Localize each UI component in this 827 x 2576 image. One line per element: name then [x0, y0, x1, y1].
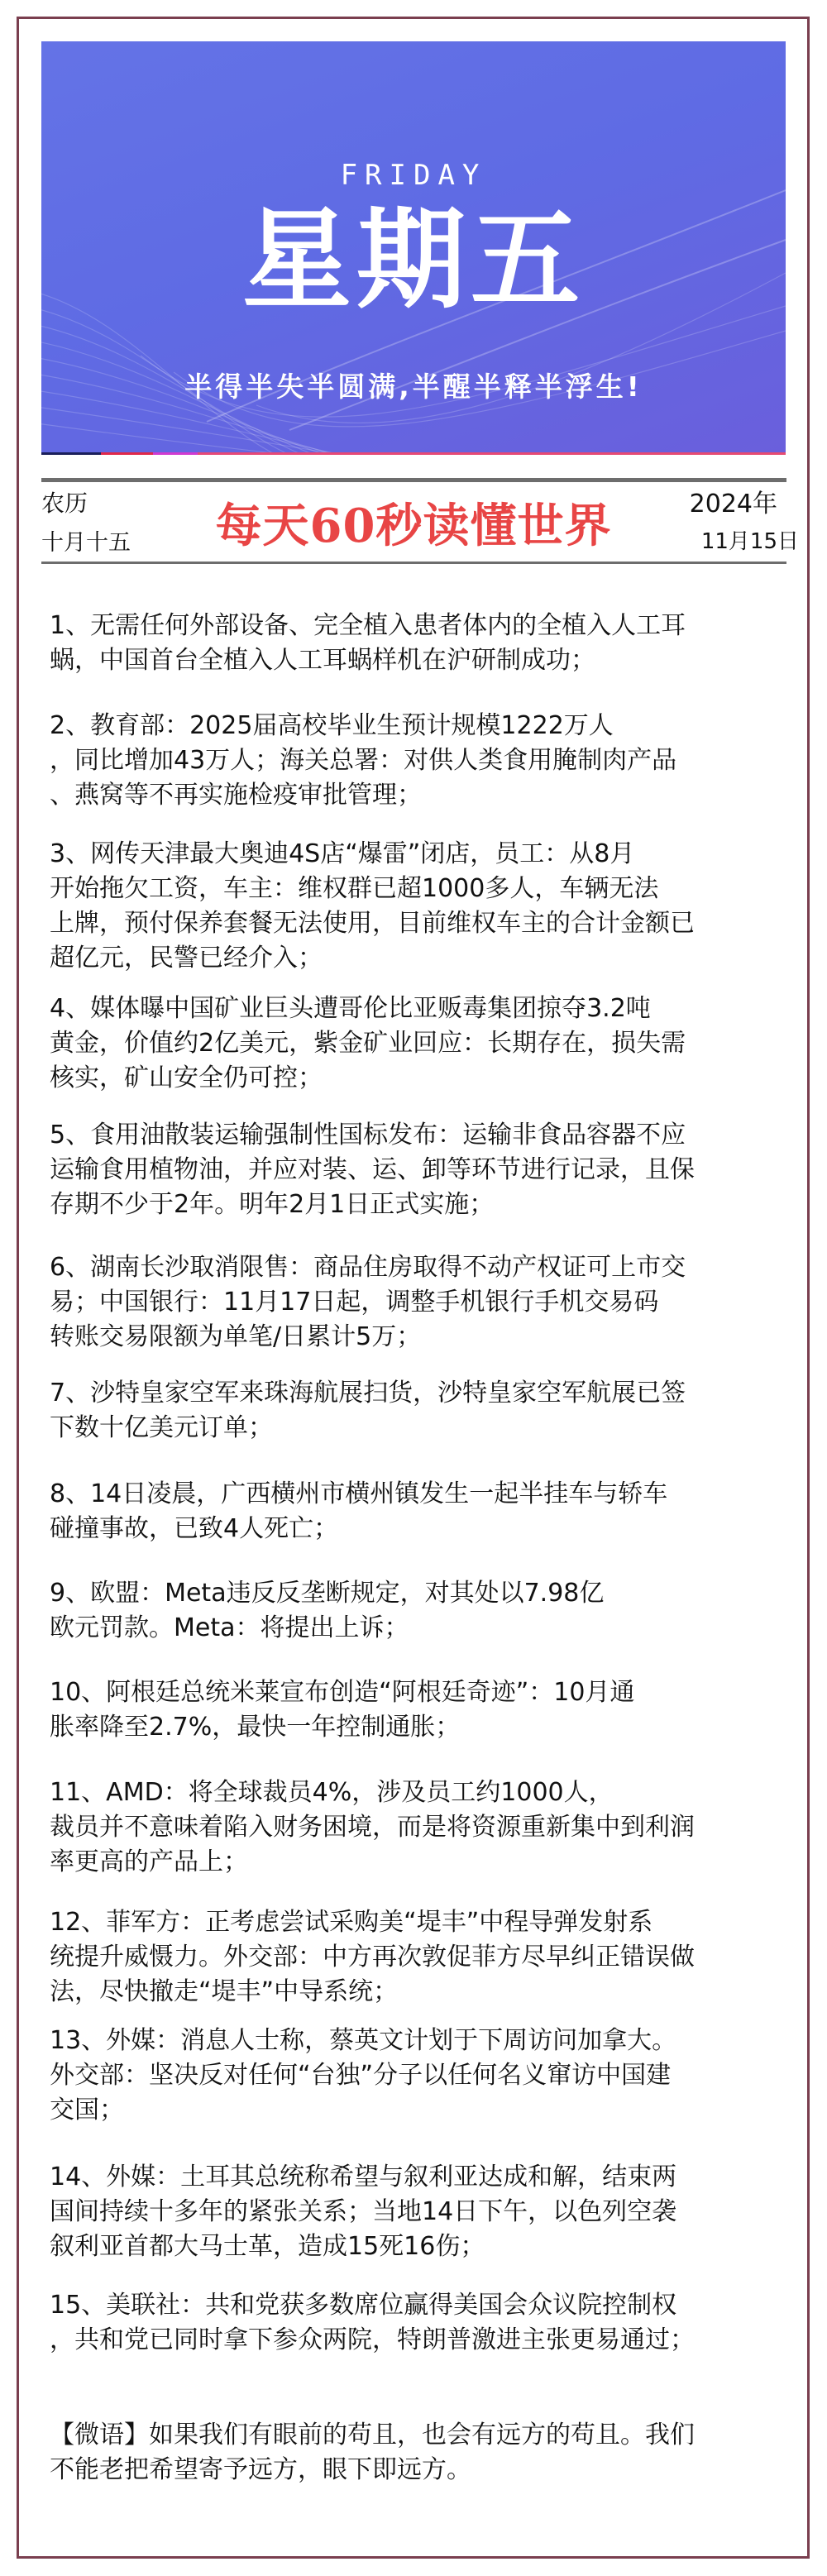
news-item-7: 7、沙特皇家空军来珠海航展扫货，沙特皇家空军航展已签 下数十亿美元订单；: [50, 1376, 787, 1446]
daily-quote: 【微语】如果我们有眼前的苟且，也会有远方的苟且。我们 不能老把希望寄予远方，眼下…: [50, 2418, 787, 2488]
weekday-english: FRIDAY: [41, 159, 786, 192]
news-item-3: 3、网传天津最大奥迪4S店“爆雷”闭店，员工：从8月 开始拖欠工资，车主：维权群…: [50, 837, 787, 976]
masthead-top-rule: [41, 478, 786, 482]
news-item-8: 8、14日凌晨，广西横州市横州镇发生一起半挂车与轿车 碰撞事故，已致4人死亡；: [50, 1477, 787, 1546]
news-item-1: 1、无需任何外部设备、完全植入患者体内的全植入人工耳 蜗，中国首台全植入人工耳蜗…: [50, 609, 787, 678]
news-item-5: 5、食用油散装运输强制性国标发布：运输非食品容器不应 运输食用植物油，并应对装、…: [50, 1118, 787, 1222]
news-item-2: 2、教育部：2025届高校毕业生预计规模1222万人 ，同比增加43万人；海关总…: [50, 709, 787, 813]
banner-color-stripe: [41, 452, 786, 455]
lunar-calendar-label: 农历: [41, 485, 88, 519]
masthead-bottom-rule: [41, 562, 786, 564]
news-item-9: 9、欧盟：Meta违反反垄断规定，对其处以7.98亿 欧元罚款。Meta：将提出…: [50, 1576, 787, 1646]
lunar-date: 十月十五: [41, 524, 131, 557]
news-item-6: 6、湖南长沙取消限售：商品住房取得不动产权证可上市交 易；中国银行：11月17日…: [50, 1250, 787, 1355]
news-item-11: 11、AMD：将全球裁员4%，涉及员工约1000人， 裁员并不意味着陷入财务困境…: [50, 1775, 787, 1880]
news-item-15: 15、美联社：共和党获多数席位赢得美国会众议院控制权 ，共和党已同时拿下参众两院…: [50, 2288, 787, 2358]
date-year: 2024年: [690, 483, 777, 519]
date-month-day: 11月15日: [701, 524, 799, 555]
weekday-chinese: 星期五: [41, 198, 786, 323]
news-item-12: 12、菲军方：正考虑尝试采购美“堤丰”中程导弹发射系 统提升威慑力。外交部：中方…: [50, 1905, 787, 2010]
news-item-14: 14、外媒：土耳其总统称希望与叙利亚达成和解，结束两 国间持续十多年的紧张关系；…: [50, 2160, 787, 2264]
banner-slogan: 半得半失半圆满,半醒半释半浮生!: [41, 366, 786, 404]
weekday-banner: FRIDAY 星期五 半得半失半圆满,半醒半释半浮生!: [41, 41, 786, 455]
page-title: 每天60秒读懂世界: [198, 499, 629, 553]
news-item-4: 4、媒体曝中国矿业巨头遭哥伦比亚贩毒集团掠夺3.2吨 黄金，价值约2亿美元，紫金…: [50, 992, 787, 1096]
news-item-10: 10、阿根廷总统米莱宣布创造“阿根廷奇迹”：10月通 胀率降至2.7%，最快一年…: [50, 1675, 787, 1745]
news-item-13: 13、外媒：消息人士称，蔡英文计划于下周访问加拿大。 外交部：坚决反对任何“台独…: [50, 2024, 787, 2128]
